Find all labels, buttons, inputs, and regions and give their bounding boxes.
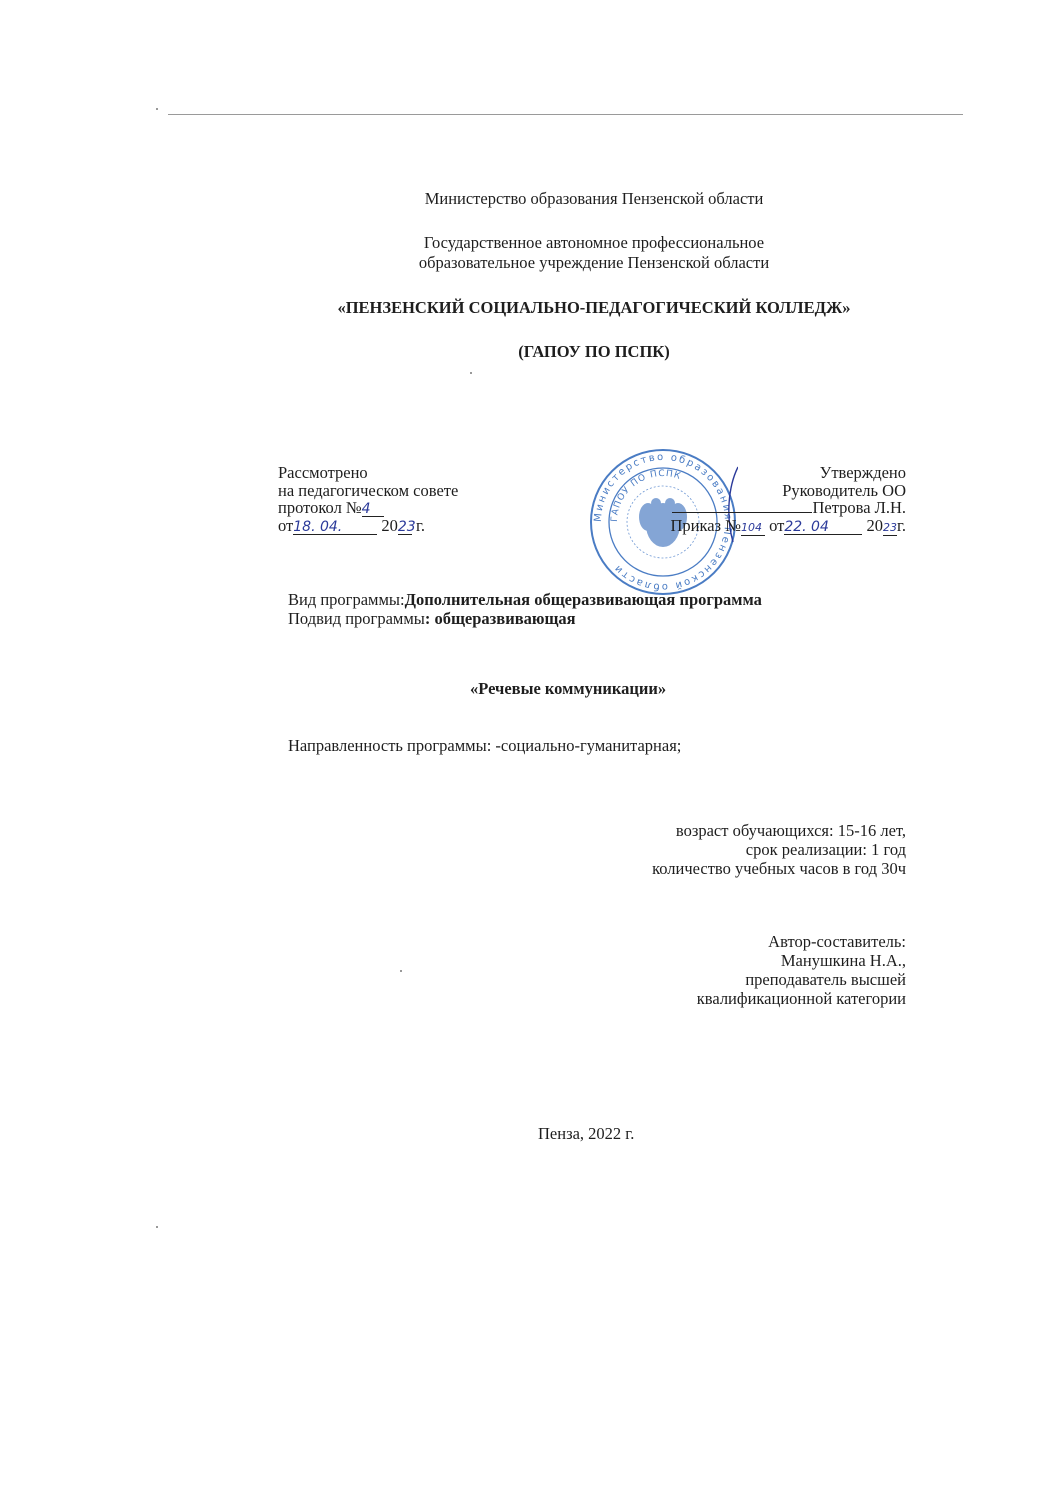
review-block: Рассмотрено на педагогическом совете про… (278, 464, 458, 535)
signature-line (672, 512, 812, 513)
review-body: на педагогическом совете (278, 482, 458, 500)
scan-speck (400, 970, 402, 972)
students-age: возраст обучающихся: 15-16 лет, (676, 821, 906, 840)
year-suffix: г. (416, 516, 425, 535)
scan-speck (156, 108, 158, 110)
program-duration: срок реализации: 1 год (746, 840, 906, 859)
review-date: 18. 04. (293, 520, 377, 535)
author-position-2: квалификационной категории (697, 989, 906, 1008)
order-date-prefix: от (769, 516, 784, 535)
approver-name: Петрова Л.Н. (812, 498, 906, 517)
program-type-label: Вид программы: (288, 590, 405, 609)
program-subtype-label: Подвид программы (288, 609, 425, 628)
college-name: «ПЕНЗЕНСКИЙ СОЦИАЛЬНО-ПЕДАГОГИЧЕСКИЙ КОЛ… (0, 298, 1058, 317)
protocol-number: 4 (362, 502, 384, 517)
program-type-line: Вид программы:Дополнительная общеразвива… (288, 590, 762, 609)
ministry-name: Министерство образования Пензенской обла… (0, 189, 1058, 208)
year-prefix: 20 (381, 516, 398, 535)
order-year-suffix: г. (897, 516, 906, 535)
program-direction-line: Направленность программы: -социально-гум… (288, 736, 681, 755)
order-date: 22. 04 (784, 520, 862, 535)
approval-block: Утверждено Руководитель ОО Петрова Л.Н. … (670, 464, 906, 536)
review-date-line: от18. 04. 2023 г. (278, 517, 458, 535)
review-title: Рассмотрено (278, 464, 458, 482)
annual-hours: количество учебных часов в год 30ч (652, 859, 906, 878)
program-subtype-line: Подвид программы: общеразвивающая (288, 609, 576, 628)
order-year-prefix: 20 (866, 516, 883, 535)
program-subtype-value: : общеразвивающая (425, 609, 576, 628)
order-label: Приказ № (670, 516, 740, 535)
top-scan-rule (168, 114, 963, 115)
institution-line-1: Государственное автономное профессиональ… (0, 233, 1058, 252)
order-number: 104 (741, 521, 765, 536)
author-label: Автор-составитель: (768, 932, 906, 951)
date-prefix: от (278, 516, 293, 535)
approver-name-line: Петрова Л.Н. (670, 499, 906, 517)
protocol-line: протокол №4 (278, 499, 458, 517)
program-title: «Речевые коммуникации» (470, 679, 666, 698)
author-name: Манушкина Н.А., (781, 951, 906, 970)
program-type-value: Дополнительная общеразвивающая программа (405, 590, 762, 609)
program-direction-label: Направленность программы (288, 736, 487, 755)
author-position-1: преподаватель высшей (745, 970, 906, 989)
scan-speck (470, 372, 472, 374)
program-direction-value: : -социально-гуманитарная; (487, 736, 682, 755)
college-abbreviation: (ГАПОУ ПО ПСПК) (0, 342, 1058, 361)
approval-title: Утверждено (670, 464, 906, 482)
protocol-label: протокол № (278, 498, 362, 517)
order-line: Приказ №104 от22. 04 2023г. (670, 517, 906, 536)
order-year: 23 (883, 521, 897, 536)
approver-role: Руководитель ОО (670, 482, 906, 500)
scan-speck (156, 1226, 158, 1228)
city-year: Пенза, 2022 г. (538, 1124, 634, 1143)
review-year: 23 (398, 520, 412, 535)
institution-line-2: образовательное учреждение Пензенской об… (0, 253, 1058, 272)
